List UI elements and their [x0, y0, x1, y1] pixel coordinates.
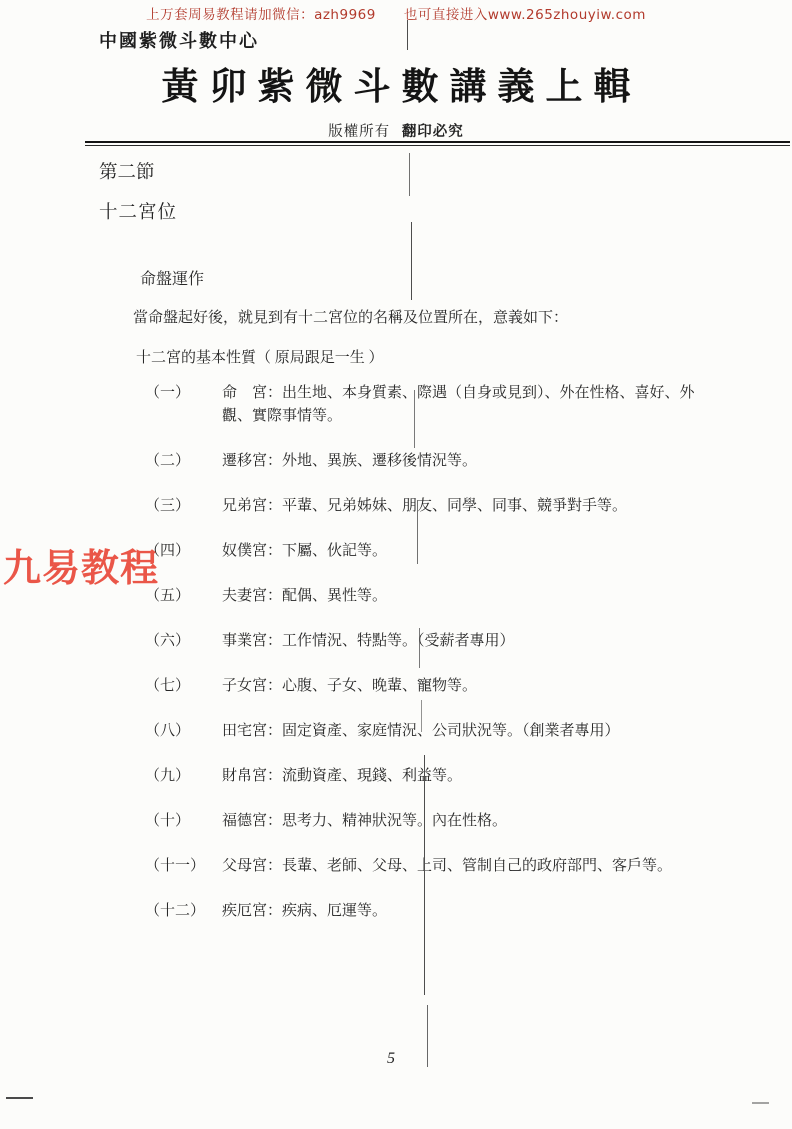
palace-entry: 遷移宮：外地、異族、遷移後情況等。	[222, 450, 477, 473]
palace-name: 夫妻宮：	[222, 588, 282, 604]
watermark-text: 九易教程	[3, 537, 159, 592]
scan-artifact	[752, 1102, 769, 1104]
scanned-document-page: 上万套周易教程请加微信：azh9969 也可直接进入www.265zhouyiw…	[0, 0, 792, 1129]
subsection-heading: 命盤運作	[140, 266, 204, 289]
scan-fold-line-segment	[409, 153, 410, 196]
palace-description: 長輩、老師、父母、上司、管制自己的政府部門、客戶等。	[282, 858, 672, 874]
palace-entry: 夫妻宮：配偶、異性等。	[222, 585, 387, 608]
palace-row: （九） 財帛宮：流動資產、現錢、利益等。	[0, 765, 792, 788]
palace-description: 配偶、異性等。	[282, 588, 387, 604]
palace-description: 流動資產、現錢、利益等。	[282, 768, 462, 784]
palace-number: （七）	[145, 675, 222, 698]
palace-row: （八） 田宅宮：固定資產、家庭情況、公司狀況等。（創業者專用）	[0, 720, 792, 743]
list-heading: 十二宮的基本性質（ 原局跟足一生 ）	[136, 346, 384, 367]
palace-name: 田宅宮：	[222, 723, 282, 739]
palace-row: （七） 子女宮：心腹、子女、晚輩、寵物等。	[0, 675, 792, 698]
scan-fold-line-segment	[411, 222, 412, 300]
palace-description: 平輩、兄弟姊妹、朋友、同學、同事、競爭對手等。	[282, 498, 627, 514]
palace-description: 心腹、子女、晚輩、寵物等。	[282, 678, 477, 694]
copyright-part2: 翻印必究	[402, 124, 464, 140]
palace-entry: 福德宮：思考力、精神狀況等。內在性格。	[222, 810, 507, 833]
scan-fold-line-segment	[421, 700, 422, 732]
palace-number: （八）	[145, 720, 222, 743]
scan-fold-line-segment	[414, 390, 415, 448]
palace-entry: 財帛宮：流動資產、現錢、利益等。	[222, 765, 462, 788]
scan-fold-line-segment	[407, 20, 408, 50]
palace-entry: 兄弟宮：平輩、兄弟姊妹、朋友、同學、同事、競爭對手等。	[222, 495, 627, 518]
palace-description: 固定資產、家庭情況、公司狀況等。（創業者專用）	[282, 723, 620, 739]
document-title: 黃卯紫微斗數講義上輯	[0, 56, 792, 110]
palace-number: （一）	[145, 382, 222, 405]
section-title: 十二宮位	[99, 198, 177, 224]
palace-name: 福德宮：	[222, 813, 282, 829]
intro-text: 當命盤起好後，就見到有十二宮位的名稱及位置所在，意義如下：	[133, 306, 568, 327]
palace-number: （十二）	[145, 900, 222, 923]
palace-number: （九）	[145, 765, 222, 788]
promo-header-text: 上万套周易教程请加微信：azh9969 也可直接进入www.265zhouyiw…	[0, 3, 792, 23]
palace-list: （一） 命 宮：出生地、本身質素、際遇（自身或見到）、外在性格、喜好、外觀、實際…	[0, 382, 792, 945]
palace-row: （十一） 父母宮：長輩、老師、父母、上司、管制自己的政府部門、客戶等。	[0, 855, 792, 878]
palace-number: （十一）	[145, 855, 222, 878]
palace-description: 下屬、伙記等。	[282, 543, 387, 559]
palace-name: 遷移宮：	[222, 453, 282, 469]
copyright-part1: 版權所有	[328, 124, 390, 140]
palace-number: （三）	[145, 495, 222, 518]
scan-fold-line-segment	[419, 628, 420, 668]
scan-fold-line-segment	[424, 755, 425, 995]
palace-description: 工作情況、特點等。（受薪者專用）	[282, 633, 515, 649]
palace-entry: 子女宮：心腹、子女、晚輩、寵物等。	[222, 675, 477, 698]
palace-number: （二）	[145, 450, 222, 473]
scan-fold-line-segment	[417, 500, 418, 564]
palace-entry: 疾厄宮：疾病、厄運等。	[222, 900, 387, 923]
palace-row: （十二） 疾厄宮：疾病、厄運等。	[0, 900, 792, 923]
page-number: 5	[0, 1050, 782, 1068]
palace-number: （十）	[145, 810, 222, 833]
palace-entry: 父母宮：長輩、老師、父母、上司、管制自己的政府部門、客戶等。	[222, 855, 672, 878]
palace-row: （三） 兄弟宮：平輩、兄弟姊妹、朋友、同學、同事、競爭對手等。	[0, 495, 792, 518]
header-divider-rule	[85, 141, 790, 146]
palace-name: 父母宮：	[222, 858, 282, 874]
palace-entry: 命 宮：出生地、本身質素、際遇（自身或見到）、外在性格、喜好、外觀、實際事情等。	[222, 382, 702, 428]
section-number: 第二節	[99, 158, 155, 184]
palace-row: （六） 事業宮：工作情況、特點等。（受薪者專用）	[0, 630, 792, 653]
palace-name: 財帛宮：	[222, 768, 282, 784]
palace-description: 疾病、厄運等。	[282, 903, 387, 919]
palace-entry: 奴僕宮：下屬、伙記等。	[222, 540, 387, 563]
palace-description: 思考力、精神狀況等。內在性格。	[282, 813, 507, 829]
palace-name: 奴僕宮：	[222, 543, 282, 559]
organization-name: 中國紫微斗數中心	[99, 27, 259, 53]
palace-row: （十） 福德宮：思考力、精神狀況等。內在性格。	[0, 810, 792, 833]
palace-entry: 事業宮：工作情況、特點等。（受薪者專用）	[222, 630, 515, 653]
palace-name: 事業宮：	[222, 633, 282, 649]
scan-artifact	[6, 1097, 33, 1099]
palace-description: 外地、異族、遷移後情況等。	[282, 453, 477, 469]
palace-row: （一） 命 宮：出生地、本身質素、際遇（自身或見到）、外在性格、喜好、外觀、實際…	[0, 382, 792, 428]
palace-name: 疾厄宮：	[222, 903, 282, 919]
copyright-notice: 版權所有 翻印必究	[0, 120, 792, 141]
palace-name: 兄弟宮：	[222, 498, 282, 514]
palace-name: 命 宮：	[222, 385, 282, 401]
palace-name: 子女宮：	[222, 678, 282, 694]
scan-fold-line-segment	[427, 1005, 428, 1067]
palace-row: （二） 遷移宮：外地、異族、遷移後情況等。	[0, 450, 792, 473]
palace-description: 出生地、本身質素、際遇（自身或見到）、外在性格、喜好、外觀、實際事情等。	[222, 385, 695, 424]
palace-number: （六）	[145, 630, 222, 653]
